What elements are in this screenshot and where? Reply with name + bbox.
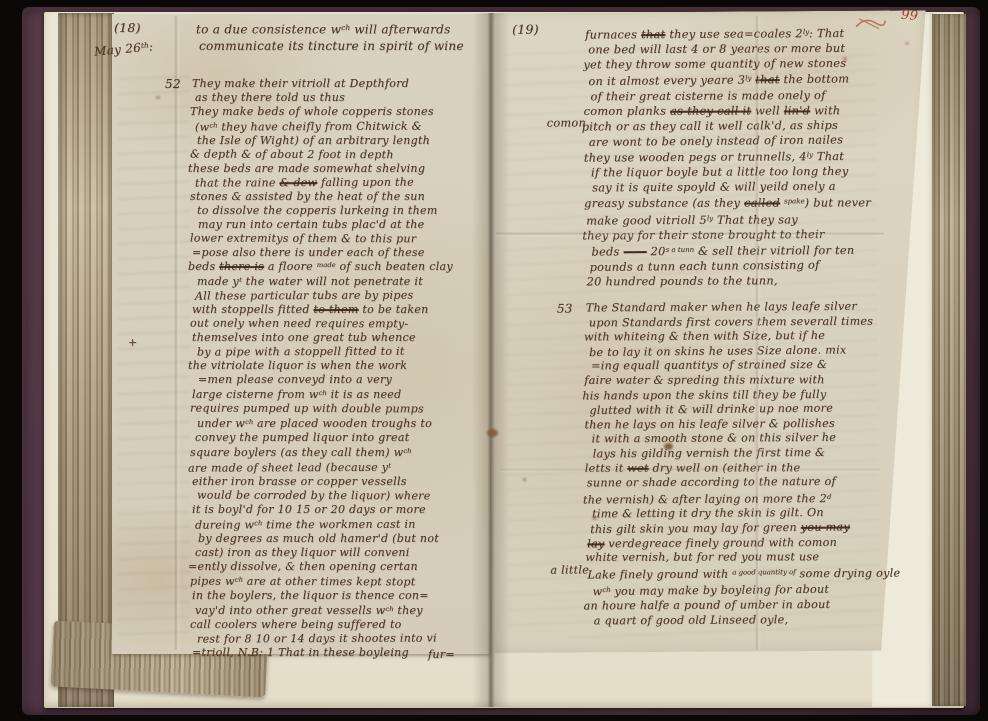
manuscript-line: square boylers (as they call them) wch [190, 445, 453, 460]
stain [592, 516, 597, 520]
manuscript-line: either iron brasse or copper vessells [192, 475, 453, 489]
page-crease [755, 16, 761, 650]
manuscript-line: 20 hundred pounds to the tunn, [587, 273, 872, 290]
manuscript-line: =ing equall quantitys of strained size & [591, 358, 899, 374]
section-52-continuation: furnaces that they use sea=coales 2ly: T… [585, 25, 871, 290]
manuscript-line: as they there told us thus [195, 91, 453, 105]
manuscript-line: lays his gilding vernish the first time … [593, 445, 900, 461]
stain [664, 443, 673, 450]
manuscript-line: upon Standards first covers them several… [589, 314, 899, 330]
carried-over-text: to a due consistence wch will afterwards… [196, 20, 464, 54]
manuscript-line: beds there is a floore made of such beat… [188, 259, 453, 274]
manuscript-line: & depth & of about 2 foot in depth [190, 147, 453, 162]
stain [156, 96, 160, 99]
manuscript-line: rest for 8 10 or 14 days it shootes into… [197, 631, 453, 646]
manuscript-line: =ently dissolve, & then opening certan [188, 560, 453, 574]
stain [905, 42, 909, 45]
page-crease [496, 232, 884, 237]
stain [843, 57, 847, 61]
manuscript-line: with stoppells fitted to them to be take… [192, 303, 453, 317]
margin-cross-mark: + [128, 336, 138, 349]
manuscript-line: the vernish) & after laying on more the … [583, 489, 900, 508]
manuscript-line: greasy substance (as they called spake) … [584, 195, 871, 212]
manuscript-line: be to lay it on skins he uses Size alone… [589, 343, 899, 361]
manuscript-line: All these particular tubs are by pipes [195, 289, 453, 304]
manuscript-line: these beds are made somewhat shelving [188, 162, 453, 176]
manuscript-line: themselves into one great tub whence [192, 331, 453, 345]
manuscript-line: lower extremitys of them & to this pur [190, 231, 453, 246]
manuscript-line: vay'd into other great vessells wch they [195, 603, 453, 618]
page-crease [500, 468, 880, 473]
manuscript-line: under wch are placed wooden troughs to [197, 416, 453, 431]
manuscript-line: it is boyl'd for 10 15 or 20 days or mor… [192, 503, 453, 517]
section-number-52: 52 [165, 77, 181, 91]
manuscript-line: by degrees as much old hamer'd (but not [198, 532, 453, 546]
margin-note-comon: comon [547, 116, 587, 129]
manuscript-line: by a pipe with a stoppell fitted to it [197, 345, 453, 360]
manuscript-line: dureing wch time the workmen cast in [195, 516, 453, 532]
section-53-text: The Standard maker when he lays leafe si… [586, 300, 901, 629]
manuscript-line: comon planks as they call it well lin'd … [584, 103, 871, 119]
manuscript-line: They make their vitrioll at Depthford [192, 77, 453, 91]
fore-edge-left [58, 13, 114, 707]
manuscript-line: =men please conveyd into a very [198, 373, 453, 387]
manuscript-line: cast) iron as they liquor will conveni [195, 546, 453, 560]
manuscript-line: =trioll, N.B: 1 That in these boyleing [192, 646, 453, 660]
folio-number-right: (19) [512, 22, 539, 37]
right-page: (19) 99 furnaces that they use sea=coale… [490, 10, 942, 657]
section-52-text: They make their vitrioll at Depthfordas … [192, 77, 453, 660]
manuscript-line: out onely when need requires empty- [190, 317, 453, 332]
manuscript-line: may run into certain tubs plac'd at the [198, 218, 453, 232]
manuscript-line: to dissolve the copperis lurkeing in the… [197, 204, 453, 218]
folio-number-left: (18) [114, 20, 141, 35]
manuscript-line: that the raine & dew falling upon the [195, 175, 453, 190]
margin-note-a-little: a little [550, 563, 589, 576]
manuscript-line: would be corroded by the liquor) where [197, 489, 453, 504]
manuscript-line: requires pumped up with double pumps [190, 402, 453, 417]
manuscript-photo: (19) 99 furnaces that they use sea=coale… [0, 0, 988, 721]
catchword: fur= [428, 648, 455, 661]
manuscript-line: made yt the water will not penetrate it [197, 274, 453, 289]
manuscript-line: are wont to be onely instead of iron nai… [589, 132, 871, 150]
manuscript-line: (wch they have cheifly from Chitwick & [195, 118, 453, 134]
stain [523, 478, 526, 481]
manuscript-line: =pose also there is under each of these [192, 246, 453, 260]
manuscript-line: They make beds of whole copperis stones [190, 105, 453, 119]
manuscript-line: the vitriolate liquor is when the work [188, 359, 453, 373]
manuscript-line: to a due consistence wch will afterwards [196, 20, 464, 38]
manuscript-line: the Isle of Wight) of an arbitrary lengt… [197, 134, 453, 148]
manuscript-line: white vernish, but for red you must use [585, 550, 900, 565]
manuscript-line: of their great cisterne is made onely of [590, 87, 870, 104]
section-number-53: 53 [557, 302, 573, 316]
gutter-shadow [472, 13, 510, 707]
manuscript-line: one bed will last 4 or 8 yeares or more … [588, 41, 870, 58]
manuscript-line: are made of sheet lead (because yt [188, 460, 453, 476]
manuscript-line: The Standard maker when he lays leafe si… [586, 300, 899, 317]
stain [487, 429, 498, 437]
manuscript-line: furnaces that they use sea=coales 2ly: T… [585, 25, 870, 43]
manuscript-line: in the boylers, the liquor is thence con… [192, 589, 453, 603]
page-crease [174, 16, 180, 650]
manuscript-line: pipes wch are at other times kept stopt [190, 573, 453, 589]
manuscript-line: large cisterne from wch it is as need [192, 387, 453, 402]
manuscript-line: stones & assisted by the heat of the sun [190, 190, 453, 204]
manuscript-line: call coolers where being suffered to [190, 618, 453, 632]
page-number-red: 99 [900, 8, 919, 25]
manuscript-line: if the liquor boyle but a little too lon… [591, 164, 871, 181]
manuscript-line: make good vitrioll 5ly That they say [586, 210, 871, 228]
manuscript-line: communicate its tincture in spirit of wi… [199, 38, 464, 55]
manuscript-line: convey the pumped liquor into great [195, 431, 453, 445]
manuscript-line: faire water & spreding this mixture with [584, 373, 899, 388]
manuscript-line: they use wooden pegs or trunnells, 4ly T… [584, 148, 871, 166]
manuscript-line: a quart of good old Linseed oyle, [594, 612, 901, 628]
manuscript-line: lay verdegreace finely ground with comon [587, 535, 900, 552]
